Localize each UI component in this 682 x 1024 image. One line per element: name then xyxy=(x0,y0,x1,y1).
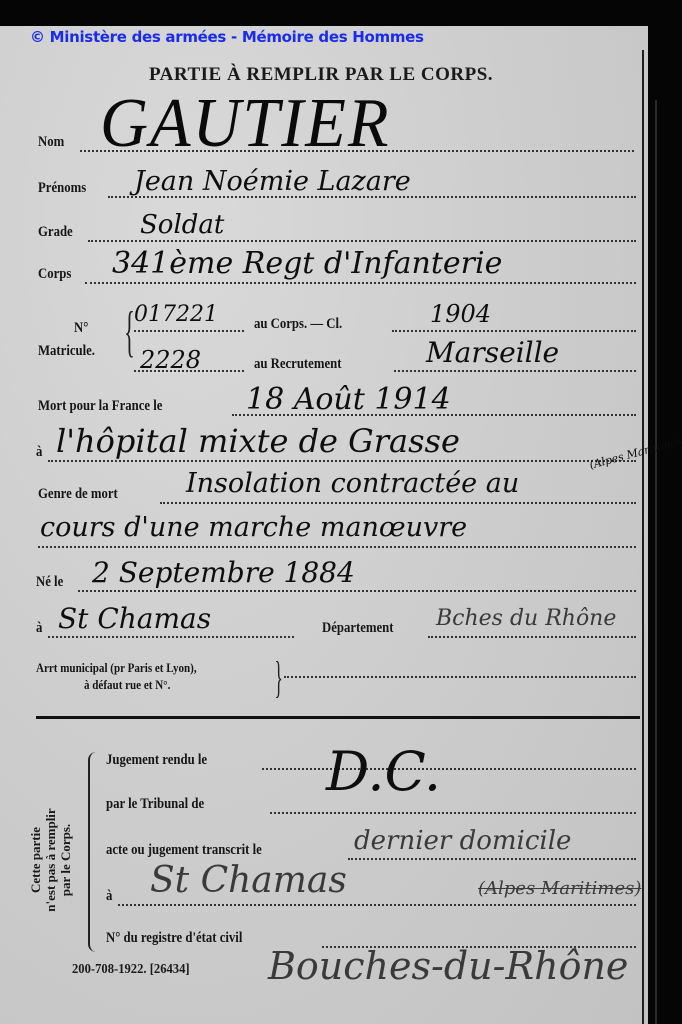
classe-line xyxy=(392,330,636,332)
side-note-line3: par le Corps. xyxy=(58,770,73,950)
au-corps-label: au Corps. — Cl. xyxy=(254,316,342,333)
side-note: Cette partie n'est pas à remplir par le … xyxy=(28,770,73,950)
copyright-watermark: © Ministère des armées - Mémoire des Hom… xyxy=(30,28,424,46)
lieu-mort-line xyxy=(48,460,636,462)
recrutement-value: Marseille xyxy=(426,336,559,369)
tribunal-label: par le Tribunal de xyxy=(106,796,204,813)
genre-mort-line2 xyxy=(38,546,636,548)
arrondissement-brace: } xyxy=(274,652,282,703)
lieu-naissance-label: à xyxy=(36,620,42,637)
genre-mort-value-line2: cours d'une marche manœuvre xyxy=(40,512,467,543)
transcrit-value: dernier domicile xyxy=(354,826,571,856)
corps-value: 341ème Regt d'Infanterie xyxy=(112,246,502,281)
departement-value: Bches du Rhône xyxy=(436,606,616,631)
transcrit-line xyxy=(348,858,636,860)
jugement-label: Jugement rendu le xyxy=(106,752,207,769)
arrondissement-line xyxy=(284,676,636,678)
lower-brace xyxy=(88,752,98,952)
mort-label: Mort pour la France le xyxy=(38,398,162,415)
prenoms-value: Jean Noémie Lazare xyxy=(134,166,411,197)
arrondissement-label-line2: à défaut rue et N°. xyxy=(84,677,170,693)
form-header: PARTIE À REMPLIR PAR LE CORPS. xyxy=(0,64,682,86)
side-note-line2: n'est pas à remplir xyxy=(43,770,58,950)
registre-label: N° du registre d'état civil xyxy=(106,930,242,947)
lieu-transcription-struck: (Alpes Maritimes) xyxy=(478,878,641,899)
grade-line xyxy=(88,240,636,242)
mort-value: 18 Août 1914 xyxy=(246,382,451,417)
au-recrutement-label: au Recrutement xyxy=(254,356,341,373)
lieu-mort-label: à xyxy=(36,444,42,461)
naissance-line xyxy=(78,590,636,592)
genre-mort-value-line1: Insolation contractée au xyxy=(186,468,519,499)
nom-label: Nom xyxy=(38,134,64,151)
side-note-line1: Cette partie xyxy=(28,770,43,950)
nom-value: GAUTIER xyxy=(100,84,390,164)
matricule-corps-line xyxy=(134,330,244,332)
tribunal-line xyxy=(270,812,636,814)
transcrit-label: acte ou jugement transcrit le xyxy=(106,842,262,859)
departement-line xyxy=(428,636,636,638)
jugement-value: D.C. xyxy=(326,740,441,803)
lieu-mort-value: l'hôpital mixte de Grasse xyxy=(56,422,460,460)
naissance-label: Né le xyxy=(36,574,63,591)
lieu-transcription-line xyxy=(118,904,636,906)
grade-label: Grade xyxy=(38,224,73,241)
corps-label: Corps xyxy=(38,266,71,283)
matricule-corps-number: 017221 xyxy=(134,302,218,327)
matricule-recrutement-line xyxy=(134,370,244,372)
paper-edge xyxy=(642,50,644,1024)
lieu-transcription-label: à xyxy=(106,888,112,905)
paper-edge-outer xyxy=(655,100,657,1024)
naissance-value: 2 Septembre 1884 xyxy=(92,556,355,589)
grade-value: Soldat xyxy=(140,210,224,240)
lieu-naissance-line xyxy=(48,636,294,638)
departement-label: Département xyxy=(322,620,394,637)
recrutement-line xyxy=(394,370,636,372)
footer-handwritten-department: Bouches-du-Rhône xyxy=(268,944,628,988)
footer-print-code: 200-708-1922. [26434] xyxy=(72,962,190,978)
matricule-label: Matricule. xyxy=(38,343,95,360)
genre-mort-label: Genre de mort xyxy=(38,486,118,503)
matricule-no-label: N° xyxy=(74,320,88,337)
corps-line xyxy=(85,282,636,284)
prenoms-label: Prénoms xyxy=(38,180,86,197)
jugement-line xyxy=(262,768,636,770)
section-divider xyxy=(36,716,640,719)
arrondissement-label-line1: Arrt municipal (pr Paris et Lyon), xyxy=(36,660,197,676)
lieu-transcription-value: St Chamas xyxy=(150,860,347,901)
lieu-naissance-value: St Chamas xyxy=(58,602,211,635)
genre-mort-line xyxy=(160,502,636,504)
classe-value: 1904 xyxy=(430,300,491,328)
